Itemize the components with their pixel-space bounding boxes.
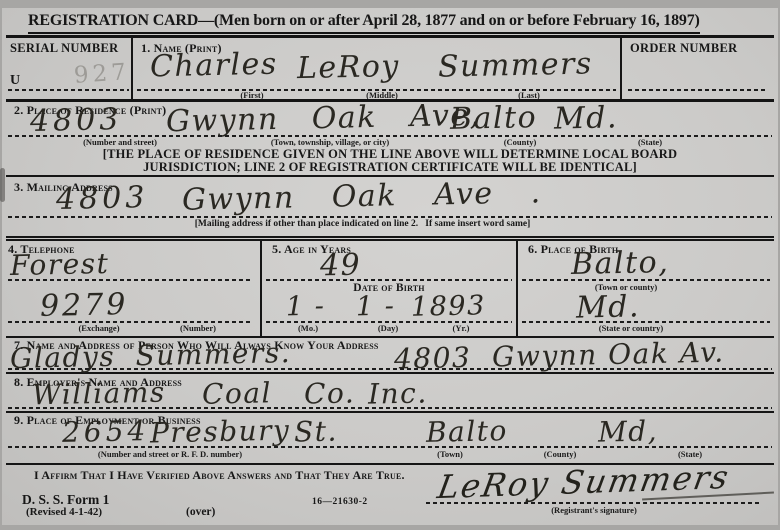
order-number-section: ORDER NUMBER bbox=[622, 37, 774, 99]
name-section: 1. Name (Print) Charles LeRoy Summers (F… bbox=[133, 37, 622, 99]
serial-prefix: U bbox=[10, 73, 20, 89]
residence-sublabel-street: (Number and street) bbox=[83, 137, 157, 147]
name-middle-handwriting: LeRoy bbox=[297, 52, 400, 84]
residence-sublabel-county: (County) bbox=[504, 137, 537, 147]
residence-state-handwriting: Md. bbox=[554, 103, 619, 134]
employer-dotted-line bbox=[8, 407, 772, 409]
employment-sublabel-county: (County) bbox=[544, 449, 577, 459]
birthplace-town-handwriting: Balto, bbox=[571, 248, 670, 280]
mailing-street-handwriting: Gwynn Oak Ave . bbox=[182, 178, 542, 216]
employment-number-handwriting: 2654 bbox=[62, 417, 150, 447]
scanned-registration-card: REGISTRATION CARD—(Men born on or after … bbox=[0, 0, 780, 530]
employment-dotted-line bbox=[8, 446, 772, 448]
employment-st-handwriting: St. bbox=[294, 418, 338, 447]
row-contact-person: 7. Name and Address of Person Who Will A… bbox=[6, 338, 774, 374]
telephone-sublabel-exchange: (Exchange) bbox=[78, 323, 119, 333]
over-note: (over) bbox=[186, 506, 215, 518]
residence-sublabel-town: (Town, township, village, or city) bbox=[271, 137, 389, 147]
row-employer: 8. Employer's Name and Address Williams … bbox=[6, 374, 774, 413]
signature-dotted-line bbox=[426, 502, 760, 504]
telephone-section: 4. Telephone Forest 9279 (Exchange) (Num… bbox=[6, 241, 262, 336]
mailing-note: [Mailing address if other than place ind… bbox=[6, 219, 719, 229]
employment-sublabel-town: (Town) bbox=[437, 449, 463, 459]
birthplace-dotted-line-1 bbox=[522, 279, 770, 281]
serial-number-label: SERIAL NUMBER bbox=[10, 41, 118, 56]
employer-co-handwriting: Co. bbox=[304, 379, 356, 408]
birthplace-state-handwriting: Md. bbox=[576, 292, 641, 323]
affirmation-statement: I Affirm That I Have Verified Above Answ… bbox=[34, 468, 405, 483]
residence-street-handwriting: Gwynn Oak Ave, bbox=[166, 101, 481, 138]
birthplace-sublabel-state: (State or country) bbox=[599, 323, 664, 333]
print-code: 16—21630-2 bbox=[312, 497, 368, 507]
employment-sublabel-street: (Number and street or R. F. D. number) bbox=[98, 449, 242, 459]
residence-sublabel-state: (State) bbox=[638, 137, 662, 147]
footer: D. S. S. Form 1 (Revised 4-1-42) (over) … bbox=[6, 488, 774, 530]
dob-sublabel-month: (Mo.) bbox=[298, 323, 318, 333]
serial-number-section: SERIAL NUMBER U 927 bbox=[6, 37, 133, 99]
employer-name-handwriting: Williams bbox=[32, 379, 166, 410]
age-dotted-line-1 bbox=[266, 279, 512, 281]
order-dotted-line bbox=[628, 89, 768, 91]
signature-sublabel: (Registrant's signature) bbox=[551, 505, 637, 515]
telephone-exchange-handwriting: Forest bbox=[10, 250, 110, 280]
mailing-dotted-line bbox=[8, 216, 772, 218]
birthplace-section: 6. Place of Birth Balto, (Town or county… bbox=[518, 241, 774, 336]
name-last-handwriting: Summers bbox=[438, 49, 593, 82]
card-title: REGISTRATION CARD—(Men born on or after … bbox=[28, 12, 700, 34]
employment-sublabel-state: (State) bbox=[678, 449, 702, 459]
residence-county-handwriting: Balto bbox=[450, 103, 538, 135]
row-serial-name-order: SERIAL NUMBER U 927 1. Name (Print) Char… bbox=[6, 37, 774, 102]
order-number-label: ORDER NUMBER bbox=[630, 41, 737, 56]
employer-inc-handwriting: Inc. bbox=[368, 379, 428, 408]
residence-number-handwriting: 4803 bbox=[30, 105, 123, 137]
form-revision: (Revised 4-1-42) bbox=[26, 506, 102, 518]
row-place-of-employment: 9. Place of Employment or Business 2654 … bbox=[6, 413, 774, 465]
dob-year-handwriting: 1893 bbox=[411, 292, 486, 321]
name-sublabel-middle: (Middle) bbox=[366, 90, 398, 100]
contact-dotted-line bbox=[8, 368, 772, 370]
dob-day-handwriting: 1 - bbox=[356, 293, 396, 321]
dob-month-handwriting: 1 - bbox=[286, 293, 326, 321]
serial-number-stamp: 927 bbox=[73, 61, 130, 88]
row-place-of-residence: 2. Place of Residence (Print) 4803 Gwynn… bbox=[6, 102, 774, 177]
row-telephone-age-birth: 4. Telephone Forest 9279 (Exchange) (Num… bbox=[6, 241, 774, 338]
serial-dotted-line bbox=[8, 89, 129, 91]
dob-sublabel-day: (Day) bbox=[378, 323, 398, 333]
age-value-handwriting: 49 bbox=[320, 251, 362, 282]
name-first-handwriting: Charles bbox=[150, 50, 278, 83]
dob-sublabel-year: (Yr.) bbox=[453, 323, 470, 333]
mailing-number-handwriting: 4803 bbox=[56, 183, 149, 215]
name-sublabel-first: (First) bbox=[240, 90, 263, 100]
scan-smudge-artifact bbox=[0, 168, 5, 202]
employment-street-handwriting: Presbury bbox=[150, 417, 291, 448]
telephone-sublabel-number: (Number) bbox=[180, 323, 216, 333]
age-section: 5. Age in Years 49 Date of Birth 1 - 1 -… bbox=[262, 241, 518, 336]
row-mailing-address: 3. Mailing Address 4803 Gwynn Oak Ave . … bbox=[6, 177, 774, 236]
employment-state-handwriting: Md, bbox=[598, 417, 659, 446]
telephone-number-handwriting: 9279 bbox=[40, 290, 129, 322]
employment-town-handwriting: Balto bbox=[426, 417, 508, 447]
residence-note-line2: JURISDICTION; LINE 2 OF REGISTRATION CER… bbox=[6, 160, 774, 175]
name-sublabel-last: (Last) bbox=[518, 90, 540, 100]
telephone-dotted-line-1 bbox=[8, 279, 252, 281]
employer-coal-handwriting: Coal bbox=[202, 379, 273, 408]
